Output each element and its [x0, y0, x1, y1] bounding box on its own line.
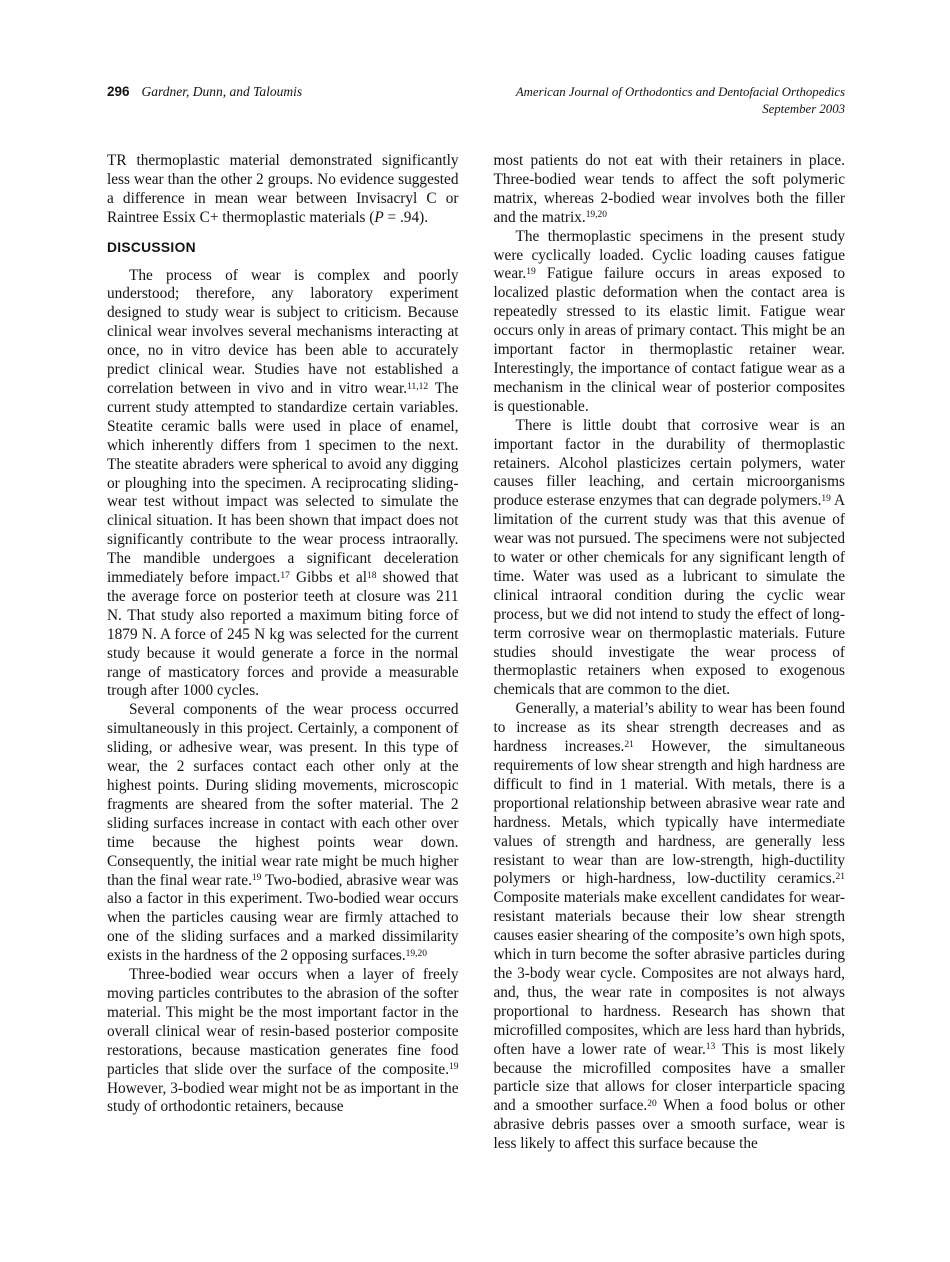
- citation-ref: 21: [836, 872, 845, 882]
- column-left: TR thermoplastic material demonstrated s…: [107, 152, 459, 1154]
- paragraph: Three-bodied wear occurs when a layer of…: [107, 966, 459, 1117]
- journal-page: { "colors": { "background": "#ffffff", "…: [0, 0, 950, 1262]
- citation-ref: 17: [280, 571, 289, 581]
- running-header: 296Gardner, Dunn, and Taloumis American …: [107, 84, 845, 117]
- paragraph: Several components of the wear process o…: [107, 701, 459, 966]
- italic-text: P: [374, 209, 383, 226]
- citation-ref: 19: [526, 267, 535, 277]
- journal-title: American Journal of Orthodontics and Den…: [516, 84, 845, 101]
- citation-ref: 11,12: [407, 382, 428, 392]
- section-heading: DISCUSSION: [107, 239, 459, 258]
- citation-ref: 20: [647, 1099, 656, 1109]
- header-left: 296Gardner, Dunn, and Taloumis: [107, 84, 302, 100]
- running-authors: Gardner, Dunn, and Taloumis: [142, 84, 303, 99]
- citation-ref: 19: [252, 873, 261, 883]
- journal-issue: September 2003: [516, 101, 845, 118]
- citation-ref: 19: [449, 1062, 458, 1072]
- page-number: 296: [107, 84, 130, 99]
- article-body: TR thermoplastic material demonstrated s…: [107, 152, 845, 1154]
- column-right: most patients do not eat with their reta…: [494, 152, 846, 1154]
- paragraph: TR thermoplastic material demonstrated s…: [107, 152, 459, 228]
- citation-ref: 13: [706, 1042, 715, 1052]
- paragraph: There is little doubt that corrosive wea…: [494, 417, 846, 701]
- citation-ref: 19,20: [406, 949, 427, 959]
- paragraph: Generally, a material’s ability to wear …: [494, 700, 846, 1154]
- citation-ref: 21: [624, 740, 633, 750]
- citation-ref: 19,20: [586, 210, 607, 220]
- citation-ref: 19: [821, 494, 830, 504]
- paragraph: The thermoplastic specimens in the prese…: [494, 228, 846, 417]
- paragraph: most patients do not eat with their reta…: [494, 152, 846, 228]
- citation-ref: 18: [367, 571, 376, 581]
- header-right: American Journal of Orthodontics and Den…: [516, 84, 845, 117]
- paragraph: The process of wear is complex and poorl…: [107, 267, 459, 702]
